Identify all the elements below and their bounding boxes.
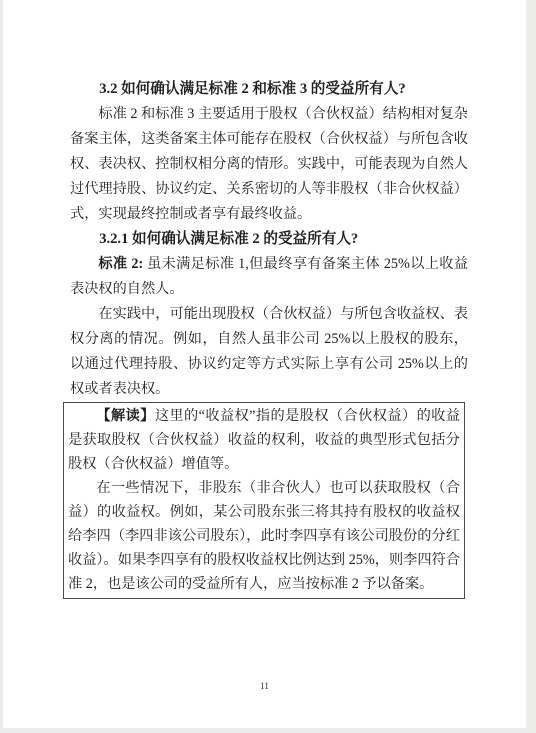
text-line: 权或者表决权。 [70, 377, 468, 402]
screenshot-root: 3.2 如何确认满足标准 2 和标准 3 的受益所有人?标准 2 和标准 3 主… [0, 0, 536, 733]
section-heading: 3.2 如何确认满足标准 2 和标准 3 的受益所有人? [70, 77, 468, 102]
text-line: 股权（合伙权益）增值等。 [68, 452, 460, 476]
text-line: 标准 2 和标准 3 主要适用于股权（合伙权益）结构相对复杂的 [70, 102, 468, 127]
document-page: 3.2 如何确认满足标准 2 和标准 3 的受益所有人?标准 2 和标准 3 主… [3, 0, 526, 728]
text-line: 给李四（李四非该公司股东），此时李四享有该公司股份的分红（即 [68, 524, 460, 548]
text-line: 是获取股权（合伙权益）收益的权利，收益的典型形式包括分红、 [68, 428, 460, 452]
interpretation-box: 【解读】这里的“收益权”指的是股权（合伙权益）的收益权，是获取股权（合伙权益）收… [63, 402, 465, 599]
text-line: 备案主体，这类备案主体可能存在股权（合伙权益）与所包含收益 [70, 127, 468, 152]
section-heading: 3.2.1 如何确认满足标准 2 的受益所有人? [70, 227, 468, 252]
text-line: 益）的收益权。例如，某公司股东张三将其持有股权的收益权转让 [68, 500, 460, 524]
text-line: 【解读】这里的“收益权”指的是股权（合伙权益）的收益权， [68, 404, 460, 428]
text-line: 权、表决权、控制权相分离的情形。实践中，可能表现为自然人通 [70, 152, 468, 177]
text-line: 以通过代理持股、协议约定等方式实际上享有公司 25%以上的收益 [70, 352, 468, 377]
bold-run: 【解读】 [96, 408, 154, 424]
text-line: 准 2，也是该公司的受益所有人，应当按标准 2 予以备案。 [68, 572, 460, 596]
text-line: 权分离的情况。例如，自然人虽非公司 25%以上股权的股东，但可 [70, 327, 468, 352]
text-line: 在实践中，可能出现股权（合伙权益）与所包含收益权、表决 [70, 302, 468, 327]
bold-run: 标准 2: [98, 256, 143, 272]
text-line: 表决权的自然人。 [70, 277, 468, 302]
page-number: 11 [3, 681, 526, 691]
text-line: 过代理持股、协议约定、关系密切的人等非股权（非合伙权益）方 [70, 177, 468, 202]
document-content: 3.2 如何确认满足标准 2 和标准 3 的受益所有人?标准 2 和标准 3 主… [70, 77, 468, 599]
text-line: 收益）。如果李四享有的股权收益权比例达到 25%，则李四符合标 [68, 548, 460, 572]
text-line: 在一些情况下，非股东（非合伙人）也可以获取股权（合伙权 [68, 476, 460, 500]
text-line: 式，实现最终控制或者享有最终收益。 [70, 202, 468, 227]
text-line: 标准 2: 虽未满足标准 1,但最终享有备案主体 25%以上收益权、 [70, 252, 468, 277]
